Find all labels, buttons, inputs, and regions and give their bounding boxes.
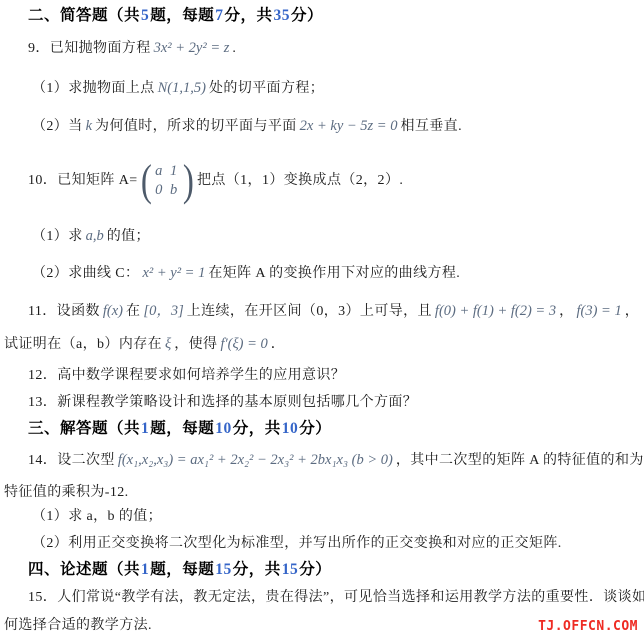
question-10-part-1: （1）求a,b的值； [32,226,150,247]
question-15-line-2: 何选择合适的教学方法. [4,616,152,636]
question-10-text: 把点（1，1）变换成点（2，2）. [197,171,403,191]
question-9-text: 9．已知抛物面方程 [28,41,151,56]
question-11-text: ，使得 [174,337,217,352]
interval-formula: [0，3] [140,303,186,319]
question-9-part-2: （2）当k为何值时，所求的切平面与平面2x + ky − 5z = 0相互垂直. [32,116,462,137]
question-9-formula: 3x² + 2y² = z [151,40,233,56]
heading-text: 四、论述题（共 [28,561,140,578]
part-text: 在矩阵 A 的变换作用下对应的曲线方程. [208,266,460,281]
heading-number: 10 [281,420,300,437]
part-text: （2）求曲线 C： [32,266,139,281]
question-11-text: 11．设函数 [28,304,100,319]
heading-number: 35 [273,7,292,24]
heading-number: 15 [281,561,300,578]
question-9-part-1: （1）求抛物面上点N(1,1,5)处的切平面方程； [32,78,324,99]
heading-number: 7 [214,7,224,24]
part-text: 为何值时，所求的切平面与平面 [95,119,297,134]
section-4-heading: 四、论述题（共1题，每题15分，共15分） [28,560,331,580]
circle-equation: x² + y² = 1 [139,265,208,281]
heading-number: 1 [140,561,150,578]
question-14-text: 特征值的乘积为-12. [4,485,129,500]
question-9: 9．已知抛物面方程3x² + 2y² = z. [28,38,236,59]
heading-number: 1 [140,420,150,437]
heading-text: 分，共 [225,7,273,24]
question-14-text: 14．设二次型 [28,453,115,468]
question-15-text: 何选择合适的教学方法. [4,618,152,633]
sum-formula: f(0) + f(1) + f(2) = 3 [432,303,559,319]
derivative-formula: f′(ξ) = 0 [217,336,270,352]
question-15-line-1: 15．人们常说“教学有法，教无定法，贵在得法”，可见恰当选择和运用教学方法的重要… [28,588,644,608]
heading-text: 题，每题 [150,7,214,24]
question-12: 12．高中数学课程要求如何培养学生的应用意识？ [28,366,345,386]
question-11-text: 在 [126,304,140,319]
right-paren: ) [183,157,194,205]
matrix-row-2: 0 b [155,181,179,200]
heading-number: 5 [140,7,150,24]
part-text: 处的切平面方程； [209,81,324,96]
part-text: （2）利用正交变换将二次型化为标准型，并写出所作的正交变换和对应的正交矩阵. [32,536,562,551]
question-14-line-1: 14．设二次型f(x₁,x₂,x₃) = ax₁² + 2x₂² − 2x₃² … [28,450,644,471]
question-11-line-1: 11．设函数f(x)在[0，3]上连续，在开区间（0，3）上可导，且f(0) +… [28,301,639,322]
heading-number: 15 [214,561,233,578]
heading-text: 分，共 [233,561,281,578]
heading-text: 分） [299,420,331,437]
part-text: （1）求抛物面上点 [32,81,155,96]
question-11-text: 上连续，在开区间（0，3）上可导，且 [187,304,432,319]
matrix-row-1: a 1 [155,162,179,181]
question-12-text: 12．高中数学课程要求如何培养学生的应用意识？ [28,368,345,383]
question-11-line-2: 试证明在（a，b）内存在ξ，使得f′(ξ) = 0． [4,334,285,355]
question-14-line-2: 特征值的乘积为-12. [4,483,129,503]
variable-k: k [83,118,95,134]
question-11-text: 试证明在（a，b）内存在 [4,337,162,352]
heading-text: 分，共 [233,420,281,437]
heading-text: 三、解答题（共 [28,420,140,437]
quadratic-form-formula: f(x₁,x₂,x₃) = ax₁² + 2x₂² − 2x₃² + 2bx₁x… [115,452,396,468]
point-formula: N(1,1,5) [155,80,209,96]
question-13-text: 13．新课程教学策略设计和选择的基本原则包括哪几个方面？ [28,395,417,410]
heading-text: 分） [291,7,323,24]
question-13: 13．新课程教学策略设计和选择的基本原则包括哪几个方面？ [28,393,417,413]
heading-text: 分） [299,561,331,578]
question-11-period: ． [271,337,285,352]
section-3-heading: 三、解答题（共1题，每题10分，共10分） [28,419,331,439]
plane-equation: 2x + ky − 5z = 0 [297,118,401,134]
question-9-period: . [232,41,236,56]
fx-formula: f(x) [100,303,126,319]
f3-formula: f(3) = 1 [574,303,625,319]
site-watermark: TJ.OFFCN.COM [538,619,638,634]
heading-text: 二、简答题（共 [28,7,140,24]
section-2-heading: 二、简答题（共5题，每题7分，共35分） [28,6,323,26]
heading-number: 10 [214,420,233,437]
matrix-rows: a 1 0 b [153,162,181,200]
matrix-a: ( a 1 0 b ) [139,157,196,205]
left-paren: ( [140,157,151,205]
heading-text: 题，每题 [150,420,214,437]
question-11-text: ， [559,304,573,319]
question-14-text: ，其中二次型的矩阵 A 的特征值的和为 1， [396,453,644,468]
question-10: 10．已知矩阵 A= ( a 1 0 b ) 把点（1，1）变换成点（2，2）. [28,154,403,208]
heading-text: 题，每题 [150,561,214,578]
variables-ab: a,b [83,228,107,244]
part-text: （1）求 [32,229,83,244]
part-text: 的值； [107,229,150,244]
question-15-text: 15．人们常说“教学有法，教无定法，贵在得法”，可见恰当选择和运用教学方法的重要… [28,590,644,605]
part-text: （1）求 a，b 的值； [32,509,162,524]
question-14-part-1: （1）求 a，b 的值； [32,507,162,527]
question-14-part-2: （2）利用正交变换将二次型化为标准型，并写出所作的正交变换和对应的正交矩阵. [32,534,562,554]
exam-document-page: 二、简答题（共5题，每题7分，共35分） 9．已知抛物面方程3x² + 2y² … [0,0,644,639]
xi-symbol: ξ [162,336,174,352]
part-text: （2）当 [32,119,83,134]
part-text: 相互垂直. [400,119,462,134]
question-11-text: ， [625,304,639,319]
question-10-text: 10．已知矩阵 A= [28,171,138,191]
question-10-part-2: （2）求曲线 C：x² + y² = 1在矩阵 A 的变换作用下对应的曲线方程. [32,263,460,284]
